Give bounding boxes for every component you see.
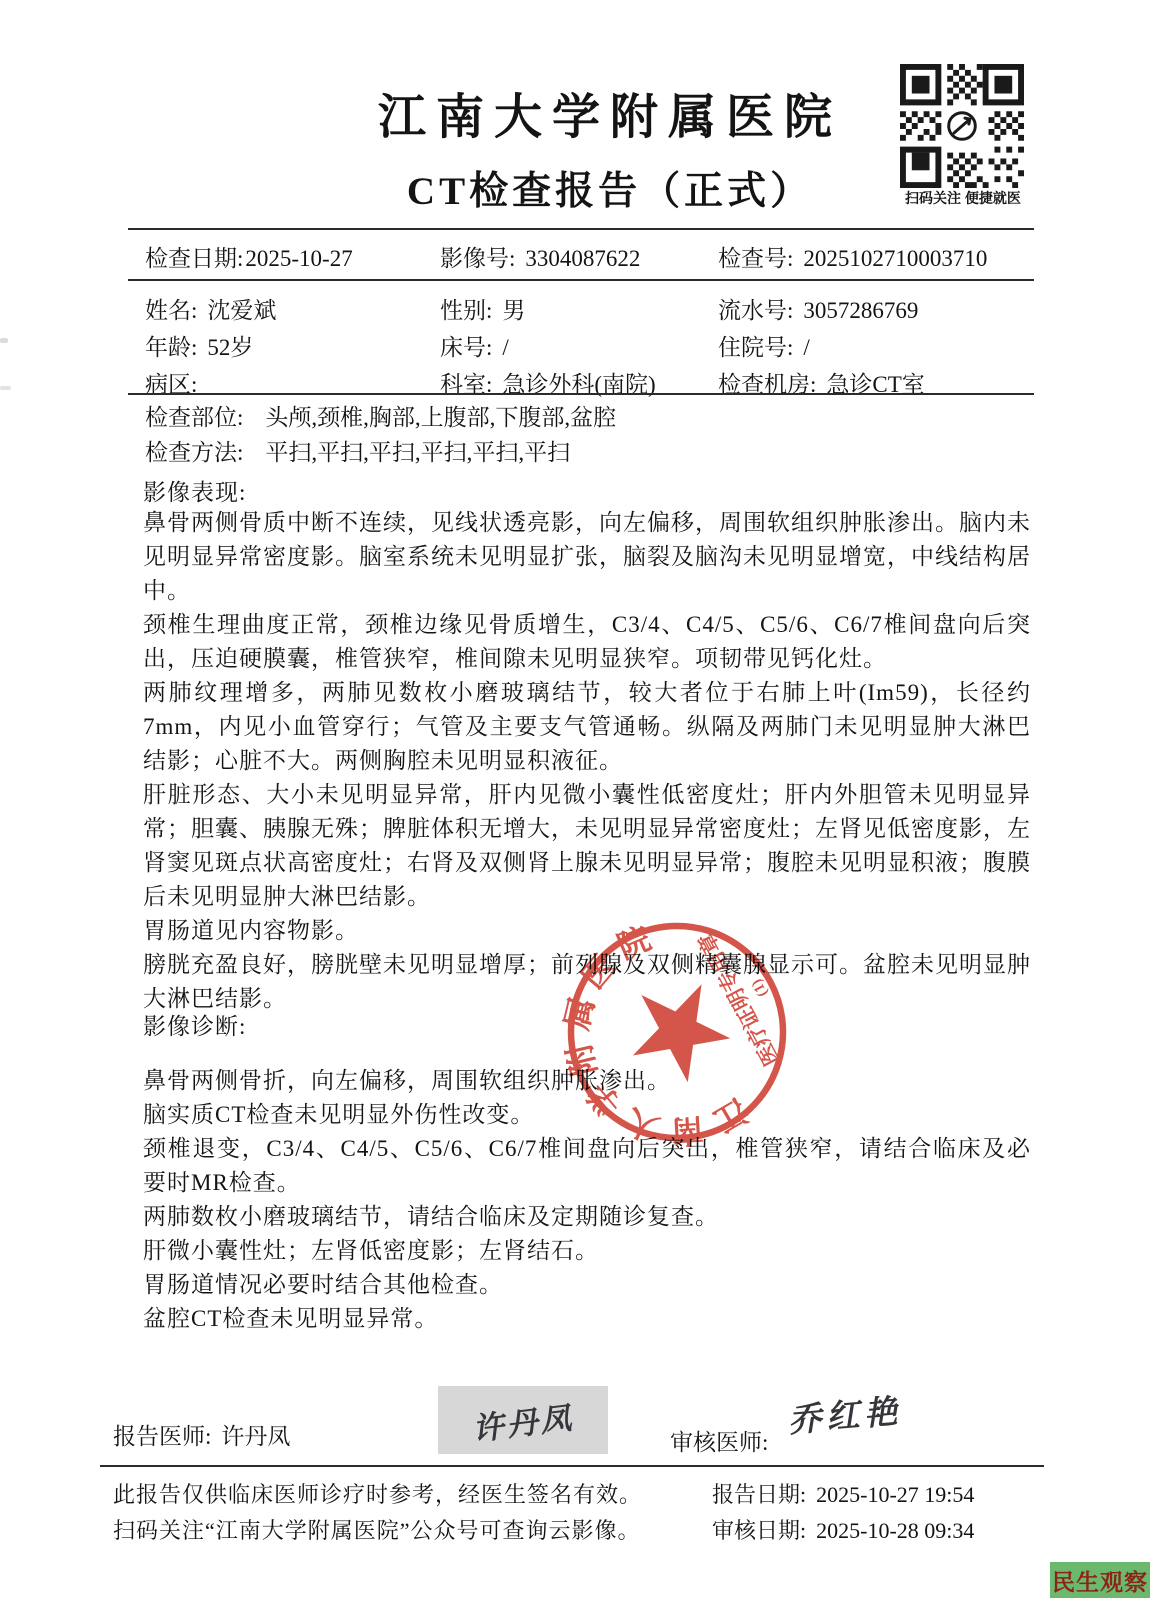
divider — [128, 279, 1034, 281]
name-value: 沈爱斌 — [207, 298, 276, 323]
findings-paragraph: 两肺纹理增多，两肺见数枚小磨玻璃结节，较大者位于右肺上叶(Im59)，长径约7m… — [143, 676, 1031, 778]
image-no-label: 影像号: — [440, 246, 515, 271]
admission-value: / — [803, 335, 809, 360]
bed-value: / — [502, 335, 508, 360]
divider — [128, 393, 1034, 395]
age-label: 年龄: — [145, 335, 197, 360]
image-no-value: 3304087622 — [525, 246, 640, 271]
patient-admission: 住院号:/ — [718, 329, 810, 362]
audit-date-value: 2025-10-28 09:34 — [816, 1518, 974, 1543]
exam-no-value: 2025102710003710 — [803, 246, 987, 271]
reporter-name: 许丹凤 — [221, 1424, 290, 1449]
name-label: 姓名: — [145, 298, 197, 323]
method-label: 检查方法: — [145, 440, 243, 465]
patient-bed: 床号:/ — [440, 329, 509, 362]
official-stamp: 江南大学附属医院 医疗证明专用章 (1) — [557, 912, 797, 1152]
method-value: 平扫,平扫,平扫,平扫,平扫,平扫 — [265, 440, 570, 465]
exam-date: 检查日期:2025-10-27 — [145, 240, 353, 273]
bed-label: 床号: — [440, 335, 492, 360]
auditor-label: 审核医师: — [670, 1430, 768, 1455]
findings-paragraph: 颈椎生理曲度正常，颈椎边缘见骨质增生，C3/4、C4/5、C5/6、C6/7椎间… — [143, 608, 1031, 676]
diagnosis-title: 影像诊断: — [143, 1008, 246, 1041]
patient-gender: 性别:男 — [440, 292, 525, 325]
gender-label: 性别: — [440, 298, 492, 323]
findings-paragraph: 肝脏形态、大小未见明显异常，肝内见微小囊性低密度灶；肝内外胆管未见明显异常；胆囊… — [143, 778, 1031, 914]
exam-date-label: 检查日期: — [145, 246, 243, 271]
reporter-label: 报告医师: — [113, 1424, 211, 1449]
audit-date: 审核日期:2025-10-28 09:34 — [712, 1514, 974, 1545]
patient-age: 年龄:52岁 — [145, 329, 253, 362]
gender-value: 男 — [502, 298, 525, 323]
report-date: 报告日期:2025-10-27 19:54 — [712, 1478, 974, 1509]
exam-parts: 检查部位:头颅,颈椎,胸部,上腹部,下腹部,盆腔 — [145, 399, 616, 432]
parts-label: 检查部位: — [145, 405, 243, 430]
scan-artifact — [0, 338, 8, 343]
report-date-value: 2025-10-27 19:54 — [816, 1482, 974, 1507]
audit-date-label: 审核日期: — [712, 1518, 806, 1543]
findings-paragraph: 鼻骨两侧骨质中断不连续，见线状透亮影，向左偏移，周围软组织肿胀渗出。脑内未见明显… — [143, 506, 1031, 608]
image-no: 影像号:3304087622 — [440, 240, 640, 273]
scan-artifact — [0, 386, 11, 390]
exam-no: 检查号:2025102710003710 — [718, 240, 987, 273]
admission-label: 住院号: — [718, 335, 793, 360]
exam-date-value: 2025-10-27 — [245, 246, 352, 271]
patient-name: 姓名:沈爱斌 — [145, 292, 276, 325]
patient-serial: 流水号:3057286769 — [718, 292, 918, 325]
exam-no-label: 检查号: — [718, 246, 793, 271]
serial-value: 3057286769 — [803, 298, 918, 323]
diagnosis-item: 盆腔CT检查未见明显异常。 — [143, 1302, 1031, 1336]
diagnosis-item: 肝微小囊性灶；左肾低密度影；左肾结石。 — [143, 1234, 1031, 1268]
diagnosis-item: 胃肠道情况必要时结合其他检查。 — [143, 1268, 1031, 1302]
diagnosis-item: 两肺数枚小磨玻璃结节，请结合临床及定期随诊复查。 — [143, 1200, 1031, 1234]
auditor: 审核医师: — [670, 1424, 778, 1457]
ct-report-page: 江南大学附属医院 CT检查报告（正式） 扫码关注 便捷就医 检查日期:2025-… — [0, 0, 1154, 1600]
parts-value: 头颅,颈椎,胸部,上腹部,下腹部,盆腔 — [265, 405, 616, 430]
age-value: 52岁 — [207, 335, 253, 360]
findings-title: 影像表现: — [143, 474, 246, 507]
auditor-signature: 乔红艳 — [786, 1385, 904, 1442]
qr-caption: 扫码关注 便捷就医 — [890, 188, 1036, 208]
watermark-badge: 民生观察 — [1050, 1562, 1150, 1598]
report-date-label: 报告日期: — [712, 1482, 806, 1507]
reporter: 报告医师:许丹凤 — [113, 1418, 290, 1451]
reporter-signature-box: 许丹凤 — [438, 1386, 608, 1454]
reporter-signature: 许丹凤 — [470, 1391, 577, 1448]
footer-note-2: 扫码关注“江南大学附属医院”公众号可查询云影像。 — [113, 1514, 641, 1545]
divider — [128, 228, 1034, 230]
qr-code — [900, 64, 1024, 193]
exam-method: 检查方法:平扫,平扫,平扫,平扫,平扫,平扫 — [145, 434, 570, 467]
serial-label: 流水号: — [718, 298, 793, 323]
divider — [100, 1465, 1044, 1467]
footer-note-1: 此报告仅供临床医师诊疗时参考，经医生签名有效。 — [113, 1478, 642, 1509]
